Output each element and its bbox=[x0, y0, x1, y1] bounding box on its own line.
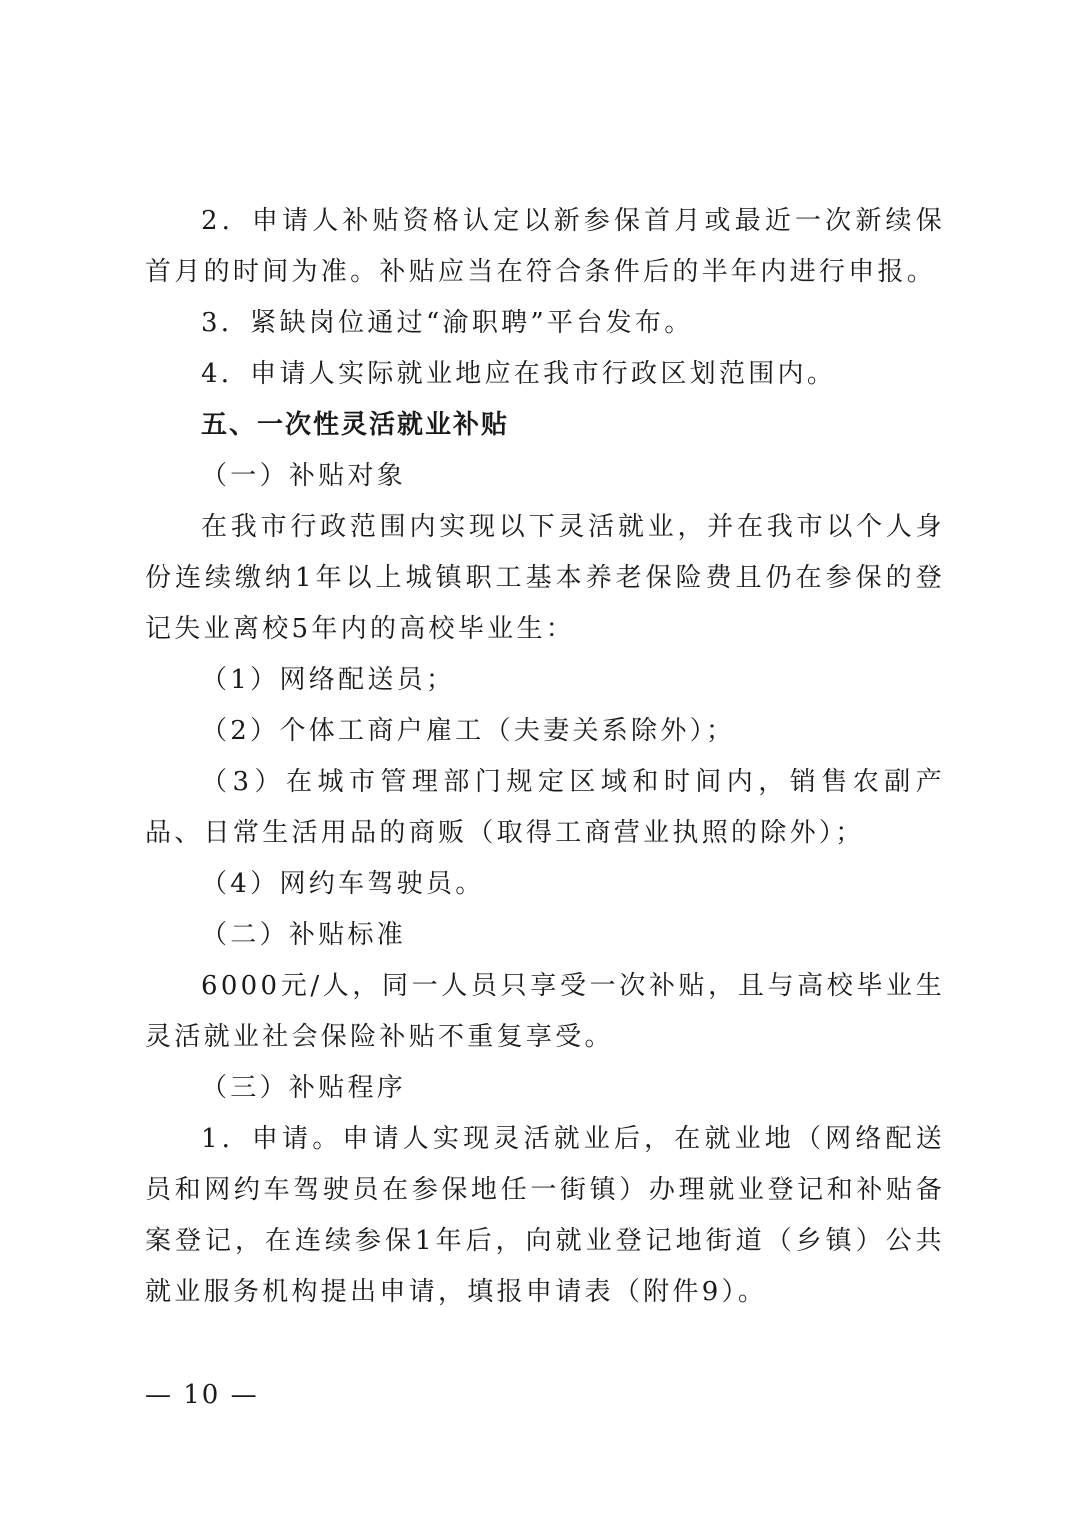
list-item-employee: （2）个体工商户雇工（夫妻关系除外）； bbox=[145, 706, 945, 757]
list-item-ride-hailing: （4）网约车驾驶员。 bbox=[145, 859, 945, 910]
list-item-vendor: （3）在城市管理部门规定区域和时间内，销售农副产品、日常生活用品的商贩（取得工商… bbox=[145, 757, 945, 859]
paragraph-application: 1．申请。申请人实现灵活就业后，在就业地（网络配送员和网约车驾驶员在参保地任一街… bbox=[145, 1114, 945, 1318]
paragraph-shortage-posts: 3．紧缺岗位通过“渝职聘”平台发布。 bbox=[145, 298, 945, 349]
subheading-subsidy-target: （一）补贴对象 bbox=[145, 451, 945, 502]
subheading-subsidy-standard: （二）补贴标准 bbox=[145, 910, 945, 961]
page-number: — 10 — bbox=[145, 1380, 259, 1410]
section-heading-flexible-employment: 五、一次性灵活就业补贴 bbox=[145, 400, 945, 451]
list-item-delivery: （1）网络配送员； bbox=[145, 655, 945, 706]
paragraph-work-location: 4．申请人实际就业地应在我市行政区划范围内。 bbox=[145, 349, 945, 400]
paragraph-target-description: 在我市行政范围内实现以下灵活就业，并在我市以个人身份连续缴纳1年以上城镇职工基本… bbox=[145, 502, 945, 655]
subheading-subsidy-procedure: （三）补贴程序 bbox=[145, 1063, 945, 1114]
paragraph-standard-amount: 6000元/人，同一人员只享受一次补贴，且与高校毕业生灵活就业社会保险补贴不重复… bbox=[145, 961, 945, 1063]
paragraph-eligibility-date: 2．申请人补贴资格认定以新参保首月或最近一次新续保首月的时间为准。补贴应当在符合… bbox=[145, 196, 945, 298]
document-body: 2．申请人补贴资格认定以新参保首月或最近一次新续保首月的时间为准。补贴应当在符合… bbox=[145, 196, 945, 1318]
